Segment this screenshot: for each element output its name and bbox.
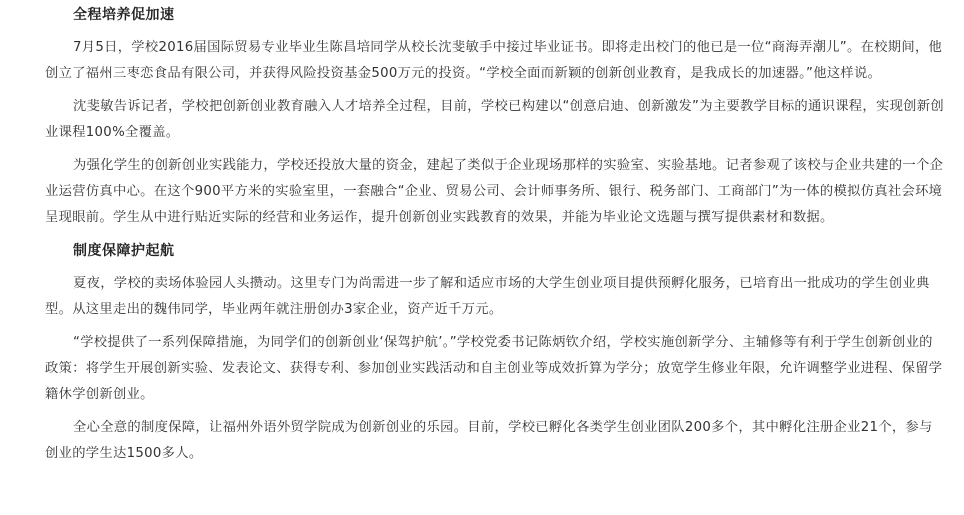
article-body: 全程培养促加速 7月5日，学校2016届国际贸易专业毕业生陈昌培同学从校长沈斐敏… xyxy=(45,2,945,474)
section-heading: 制度保障护起航 xyxy=(73,238,945,264)
paragraph: “学校提供了一系列保障措施，为同学们的创新创业‘保驾护航’。”学校党委书记陈炳钦… xyxy=(45,330,945,408)
section-heading: 全程培养促加速 xyxy=(73,2,945,28)
paragraph: 全心全意的制度保障，让福州外语外贸学院成为创新创业的乐园。目前，学校已孵化各类学… xyxy=(45,415,945,467)
paragraph: 夏夜，学校的卖场体验园人头攒动。这里专门为尚需进一步了解和适应市场的大学生创业项… xyxy=(45,271,945,323)
paragraph: 为强化学生的创新创业实践能力，学校还投放大量的资金，建起了类似于企业现场那样的实… xyxy=(45,153,945,231)
paragraph: 7月5日，学校2016届国际贸易专业毕业生陈昌培同学从校长沈斐敏手中接过毕业证书… xyxy=(45,35,945,87)
paragraph: 沈斐敏告诉记者，学校把创新创业教育融入人才培养全过程，目前，学校已构建以“创意启… xyxy=(45,94,945,146)
